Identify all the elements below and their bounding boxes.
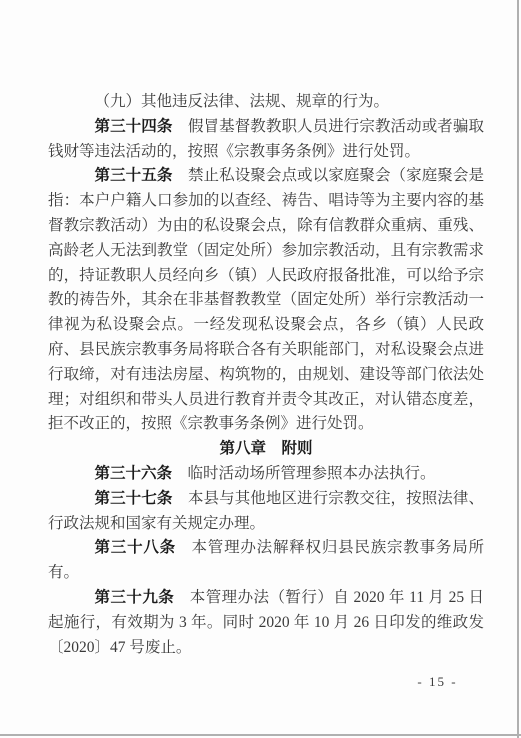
page-edge-bottom <box>0 734 521 736</box>
paragraph-text: 禁止私设聚会点或以家庭聚会（家庭聚会是指：本户户籍人口参加的以查经、祷告、唱诗等… <box>48 167 484 432</box>
paragraph: 第三十九条本管理办法（暂行）自 2020 年 11 月 25 日起施行，有效期为… <box>48 586 484 660</box>
paragraph-text: （九）其他违反法律、法规、规章的行为。 <box>95 93 390 110</box>
page-edge-right <box>517 0 519 738</box>
article-number: 第三十八条 <box>95 539 176 556</box>
page-number: - 15 - <box>415 674 460 690</box>
document-body: （九）其他违反法律、法规、规章的行为。 第三十四条假冒基督教教职人员进行宗教活动… <box>48 90 484 660</box>
paragraph: 第三十八条本管理办法解释权归县民族宗教事务局所有。 <box>48 536 484 586</box>
article-number: 第三十四条 <box>95 118 173 135</box>
chapter-heading: 第八章 附则 <box>48 437 484 462</box>
paragraph: 第三十四条假冒基督教教职人员进行宗教活动或者骗取钱财等违法活动的，按照《宗教事务… <box>48 115 484 165</box>
paragraph: 第三十六条临时活动场所管理参照本办法执行。 <box>48 462 484 487</box>
article-number: 第三十六条 <box>95 465 173 482</box>
paragraph: 第三十五条禁止私设聚会点或以家庭聚会（家庭聚会是指：本户户籍人口参加的以查经、祷… <box>48 164 484 437</box>
document-page: （九）其他违反法律、法规、规章的行为。 第三十四条假冒基督教教职人员进行宗教活动… <box>0 0 521 738</box>
article-number: 第三十九条 <box>95 589 175 606</box>
paragraph-text: 临时活动场所管理参照本办法执行。 <box>188 465 436 482</box>
article-number: 第三十七条 <box>95 490 173 507</box>
article-number: 第三十五条 <box>95 167 173 184</box>
paragraph: 第三十七条本县与其他地区进行宗教交往，按照法律、行政法规和国家有关规定办理。 <box>48 487 484 537</box>
paragraph: （九）其他违反法律、法规、规章的行为。 <box>48 90 484 115</box>
